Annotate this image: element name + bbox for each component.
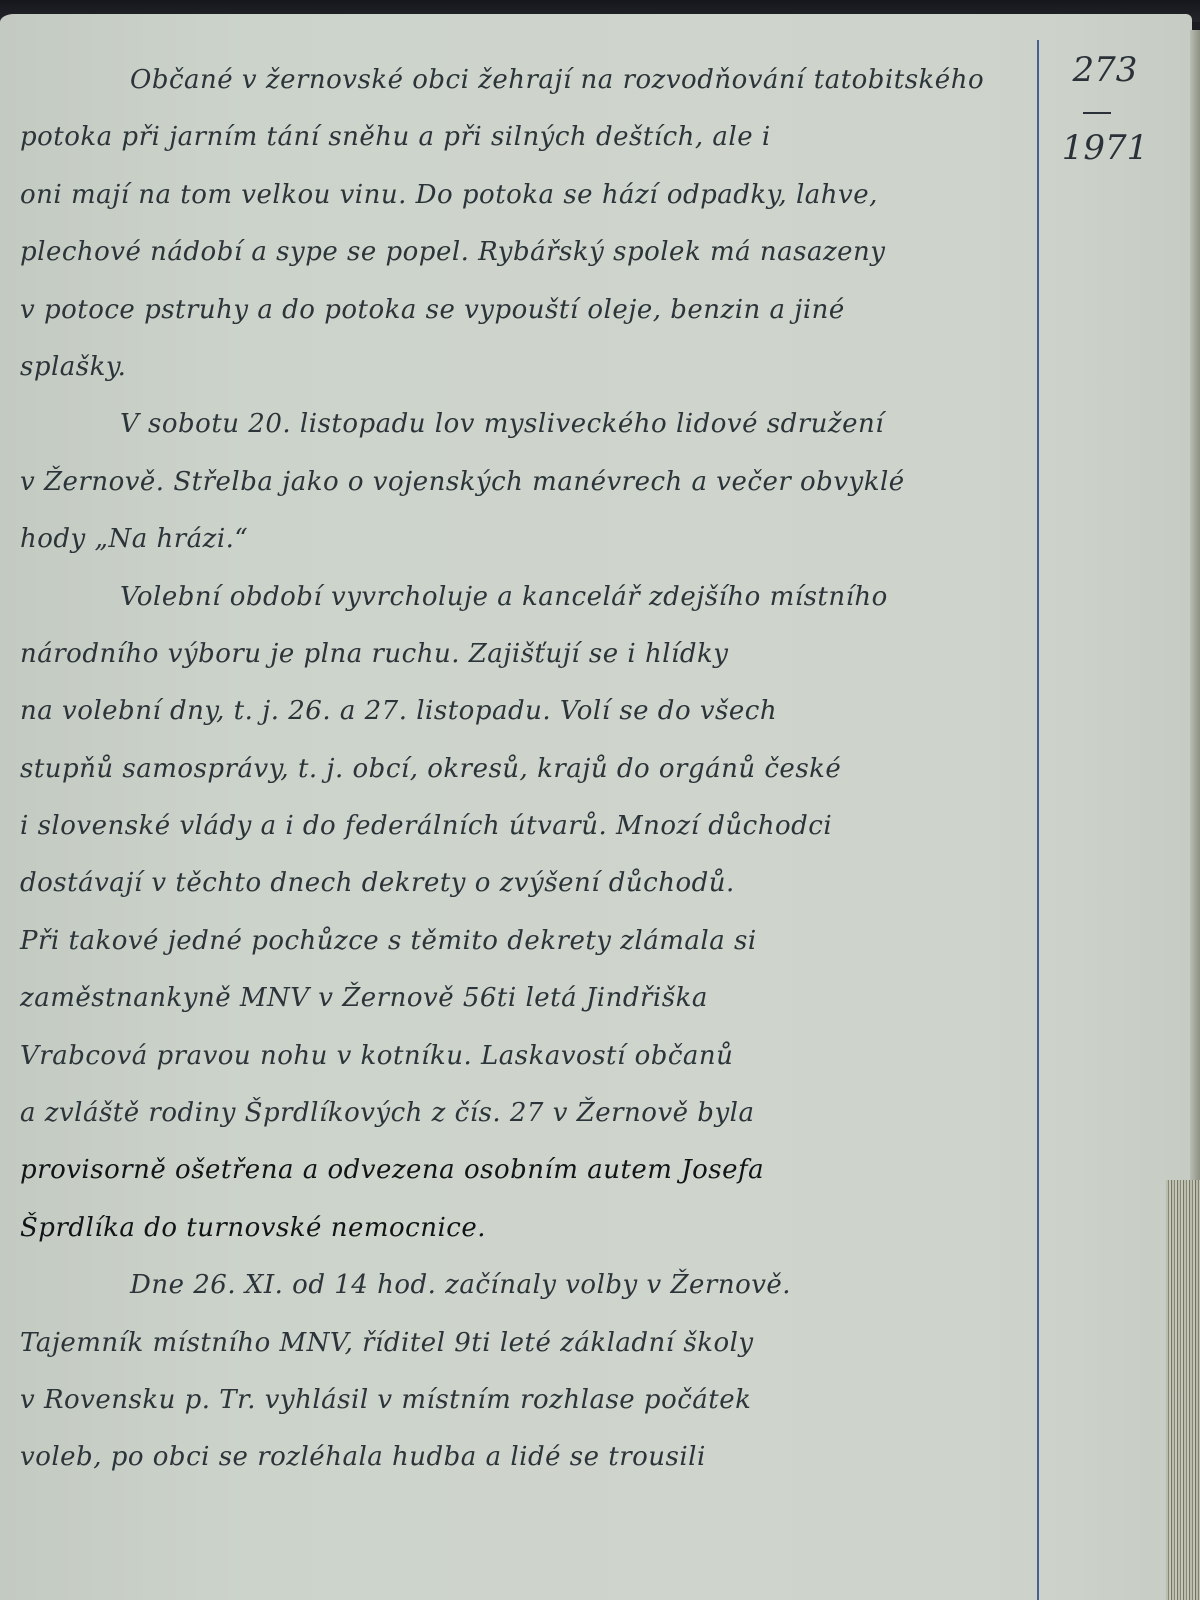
text-line: Vrabcová pravou nohu v kotníku. Laskavos… — [20, 1028, 1030, 1085]
text-line: V sobotu 20. listopadu lov mysliveckého … — [20, 396, 1030, 453]
text-line: oni mají na tom velkou vinu. Do potoka s… — [20, 167, 1030, 224]
stacked-page-edges — [1166, 1180, 1200, 1600]
text-line: na volební dny, t. j. 26. a 27. listopad… — [20, 683, 1030, 740]
text-line: plechové nádobí a sype se popel. Rybářsk… — [20, 224, 1030, 281]
text-line: splašky. — [20, 339, 1030, 396]
text-line: Občané v žernovské obci žehrají na rozvo… — [20, 52, 1030, 109]
text-line: v potoce pstruhy a do potoka se vypouští… — [20, 282, 1030, 339]
text-line: Tajemník místního MNV, říditel 9ti leté … — [20, 1315, 1030, 1372]
text-line: stupňů samosprávy, t. j. obcí, okresů, k… — [20, 741, 1030, 798]
text-line: zaměstnankyně MNV v Žernově 56ti letá Ji… — [20, 970, 1030, 1027]
text-line: Šprdlíka do turnovské nemocnice. — [20, 1200, 1030, 1257]
text-line: voleb, po obci se rozléhala hudba a lidé… — [20, 1429, 1030, 1486]
text-line: provisorně ošetřena a odvezena osobním a… — [20, 1142, 1030, 1199]
text-line: národního výboru je plna ruchu. Zajišťuj… — [20, 626, 1030, 683]
text-line: Volební období vyvrcholuje a kancelář zd… — [20, 569, 1030, 626]
margin-rule — [1037, 40, 1039, 1600]
text-line: i slovenské vlády a i do federálních útv… — [20, 798, 1030, 855]
page-number: 273 — [1050, 50, 1160, 90]
text-line: v Rovensku p. Tr. vyhlásil v místním roz… — [20, 1372, 1030, 1429]
text-line: dostávají v těchto dnech dekrety o zvýše… — [20, 855, 1030, 912]
text-line: Při takové jedné pochůzce s těmito dekre… — [20, 913, 1030, 970]
text-line: hody „Na hrázi.“ — [20, 511, 1030, 568]
text-line: Dne 26. XI. od 14 hod. začínaly volby v … — [20, 1257, 1030, 1314]
year-note: 1971 — [1050, 128, 1160, 168]
scanned-page: 273 1971 Občané v žernovské obci žehrají… — [0, 0, 1200, 1600]
text-line: a zvláště rodiny Šprdlíkových z čís. 27 … — [20, 1085, 1030, 1142]
margin-divider — [1083, 112, 1111, 114]
text-line: v Žernově. Střelba jako o vojenských man… — [20, 454, 1030, 511]
handwritten-text: Občané v žernovské obci žehrají na rozvo… — [20, 52, 1030, 1487]
text-line: potoka při jarním tání sněhu a při silný… — [20, 109, 1030, 166]
